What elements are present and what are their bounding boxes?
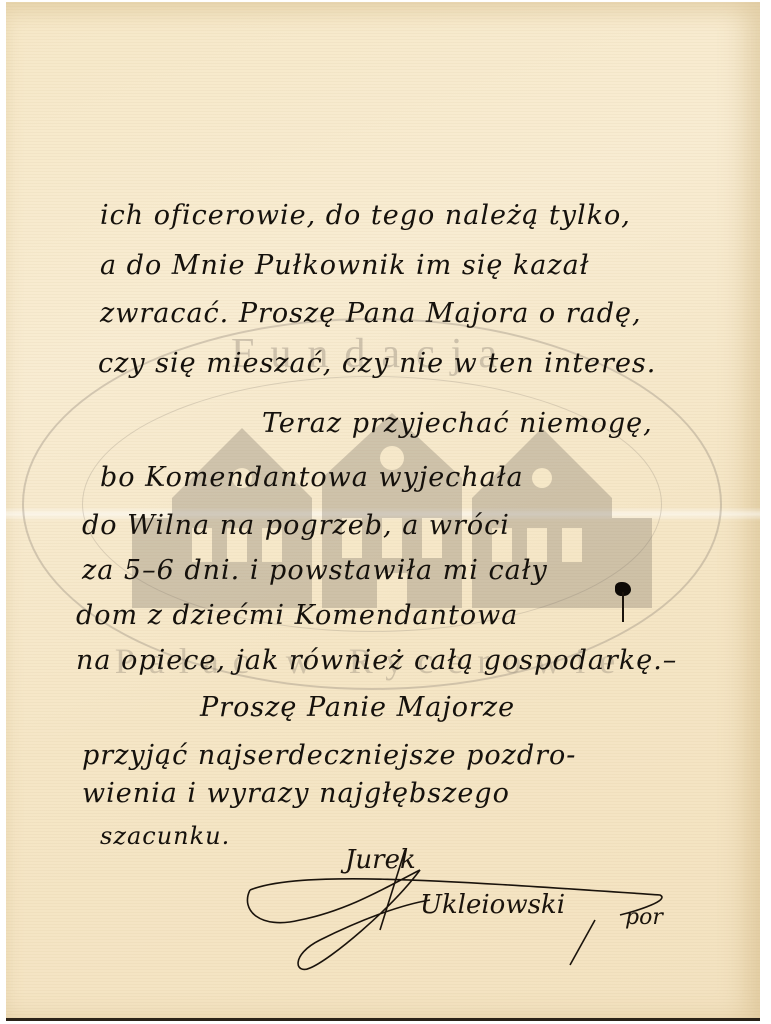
signature-rank: por — [625, 905, 663, 930]
letter-line: ich oficerowie, do tego należą tylko, — [100, 200, 631, 231]
letter-line: zwracać. Proszę Pana Majora o radę, — [100, 298, 642, 329]
letter-line: wienia i wyrazy najgłębszego — [82, 778, 510, 809]
letter-line: a do Mnie Pułkownik im się kazał — [100, 250, 589, 281]
letter-line: Teraz przyjechać niemogę, — [262, 408, 653, 439]
letter-line: za 5–6 dni. i powstawiła mi cały — [82, 555, 548, 586]
letter-line: przyjąć najserdeczniejsze pozdro- — [82, 740, 576, 771]
letter-line: na opiece, jak również całą gospodarkę.– — [76, 645, 677, 676]
ink-drip — [622, 592, 624, 622]
letter-line: szacunku. — [100, 822, 230, 850]
letter-line: dom z dziećmi Komendantowa — [76, 600, 518, 631]
letter-line: bo Komendantowa wyjechała — [100, 462, 524, 493]
closing-name: Jurek — [345, 845, 416, 875]
letter-line: czy się mieszać, czy nie w ten interes. — [98, 348, 656, 379]
letter-line: do Wilna na pogrzeb, a wróci — [82, 510, 510, 541]
letter-line: Proszę Panie Majorze — [200, 692, 515, 723]
signature: Ukleiowski — [420, 890, 565, 920]
